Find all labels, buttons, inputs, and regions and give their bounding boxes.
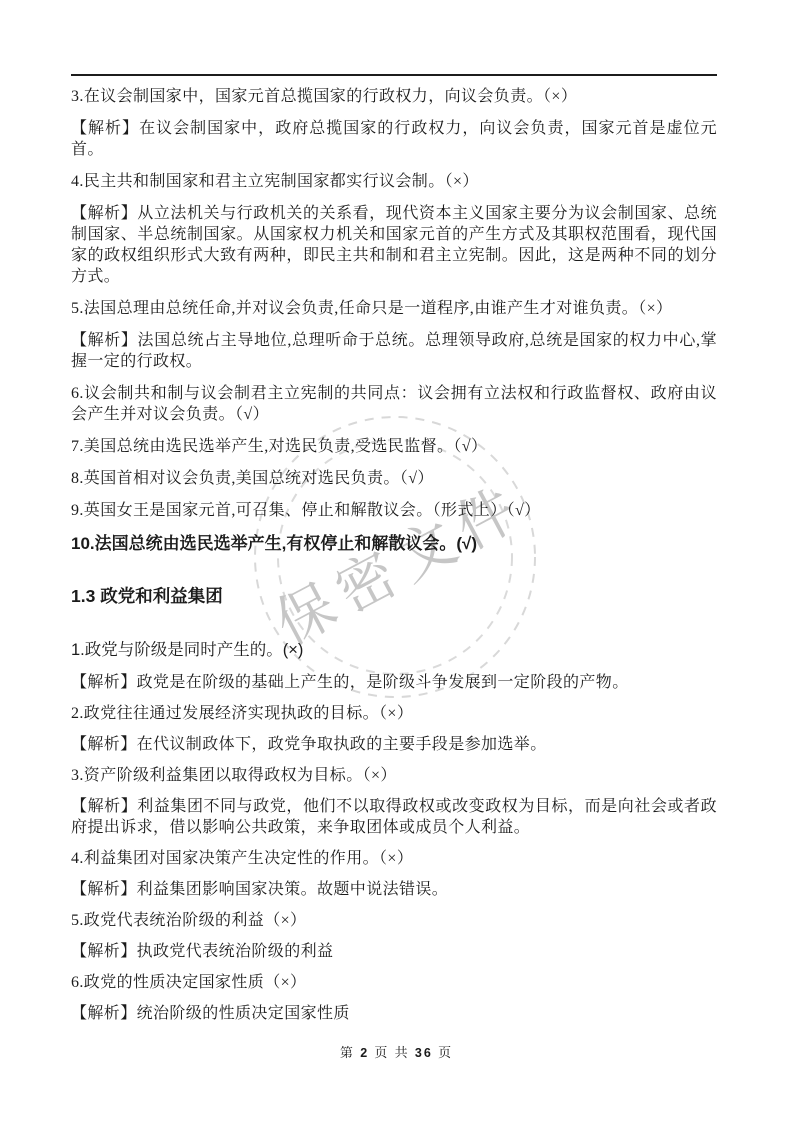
question-item: 5.法国总理由总统任命,并对议会负责,任命只是一道程序,由谁产生才对谁负责。（×… <box>71 298 717 319</box>
question-item: 7.美国总统由选民选举产生,对选民负责,受选民监督。（√） <box>71 436 717 457</box>
analysis-item: 【解析】利益集团不同与政党，他们不以取得政权或改变政权为目标，而是向社会或者政府… <box>71 796 717 838</box>
footer-suffix: 页 <box>438 1045 453 1060</box>
analysis-item: 【解析】法国总统占主导地位,总理听命于总统。总理领导政府,总统是国家的权力中心,… <box>71 330 717 372</box>
question-item: 4.民主共和制国家和君主立宪制国家都实行议会制。（×） <box>71 171 717 192</box>
document-page: 保密文件 3.在议会制国家中，国家元首总揽国家的行政权力，向议会负责。（×）【解… <box>0 0 793 1122</box>
question-item: 2.政党往往通过发展经济实现执政的目标。（×） <box>71 703 717 724</box>
analysis-item: 【解析】在议会制国家中，政府总揽国家的行政权力，向议会负责，国家元首是虚位元首。 <box>71 118 717 160</box>
page-footer: 第 2 页 共 36 页 <box>0 1042 793 1061</box>
question-item: 9.英国女王是国家元首,可召集、停止和解散议会。（形式上）（√） <box>71 500 717 521</box>
analysis-item: 【解析】从立法机关与行政机关的关系看，现代资本主义国家主要分为议会制国家、总统制… <box>71 203 717 287</box>
question-item: 3.在议会制国家中，国家元首总揽国家的行政权力，向议会负责。（×） <box>71 86 717 107</box>
total-pages: 36 <box>415 1046 433 1060</box>
question-item: 6.议会制共和制与议会制君主立宪制的共同点：议会拥有立法权和行政监督权、政府由议… <box>71 383 717 425</box>
section-heading: 1.3 政党和利益集团 <box>71 584 717 608</box>
page-number: 2 <box>360 1046 369 1060</box>
header-rule <box>71 74 717 76</box>
analysis-item: 【解析】执政党代表统治阶级的利益 <box>71 941 717 962</box>
question-item: 10.法国总统由选民选举产生,有权停止和解散议会。(√) <box>71 532 717 556</box>
question-item: 8.英国首相对议会负责,美国总统对选民负责。（√） <box>71 468 717 489</box>
footer-middle: 页 共 <box>374 1045 409 1060</box>
analysis-item: 【解析】在代议制政体下，政党争取执政的主要手段是参加选举。 <box>71 734 717 755</box>
question-item: 5.政党代表统治阶级的利益（×） <box>71 910 717 931</box>
analysis-item: 【解析】利益集团影响国家决策。故题中说法错误。 <box>71 879 717 900</box>
analysis-item: 【解析】政党是在阶级的基础上产生的，是阶级斗争发展到一定阶段的产物。 <box>71 672 717 693</box>
question-item: 4.利益集团对国家决策产生决定性的作用。（×） <box>71 848 717 869</box>
document-body: 3.在议会制国家中，国家元首总揽国家的行政权力，向议会负责。（×）【解析】在议会… <box>71 86 717 1034</box>
question-item: 3.资产阶级利益集团以取得政权为目标。（×） <box>71 765 717 786</box>
analysis-item: 【解析】统治阶级的性质决定国家性质 <box>71 1003 717 1024</box>
question-item: 6.政党的性质决定国家性质（×） <box>71 972 717 993</box>
footer-prefix: 第 <box>340 1045 355 1060</box>
question-item: 1.政党与阶级是同时产生的。(×) <box>71 639 717 662</box>
